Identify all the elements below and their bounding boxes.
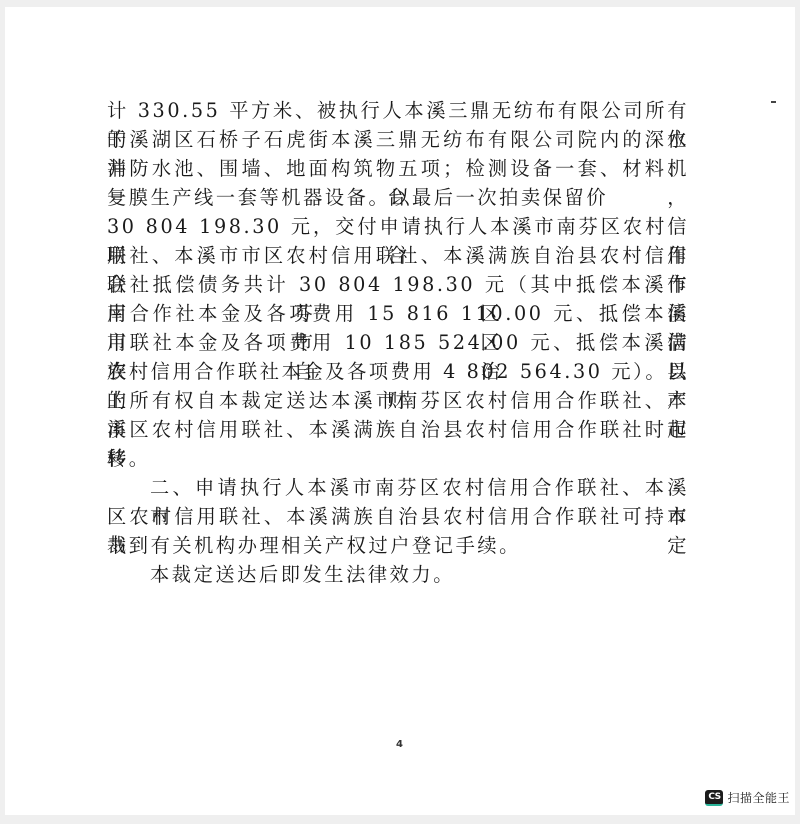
text-line: 用合作社本金及各项费用 15 816 110.00 元、抵偿本溪市市区信: [107, 299, 689, 328]
document-page: 计 330.55 平方米、被执行人本溪三鼎无纺布有限公司所有的位 于溪湖区石桥子…: [5, 7, 795, 815]
document-body: 计 330.55 平方米、被执行人本溪三鼎无纺布有限公司所有的位 于溪湖区石桥子…: [107, 96, 689, 589]
text-line: 移。: [107, 444, 689, 473]
text-line: 农村信用合作联社本金及各项费用 4 802 564.30 元）。以上财产: [107, 357, 689, 386]
text-line: 于溪湖区石桥子石虎街本溪三鼎无纺布有限公司院内的深水井、: [107, 125, 689, 154]
text-line: 消防水池、围墙、地面构筑物五项；检测设备一套、材料机一台，: [107, 154, 689, 183]
text-line: 30 804 198.30 元，交付申请执行人本溪市南芬区农村信用合作: [107, 212, 689, 241]
text-line: 用联社本金及各项费用 10 185 524.00 元、抵偿本溪满族自治县: [107, 328, 689, 357]
text-line: 联社、本溪市市区农村信用联社、本溪满族自治县农村信用合作: [107, 241, 689, 270]
text-line: 联社抵偿债务共计 30 804 198.30 元（其中抵偿本溪市南芬区信: [107, 270, 689, 299]
text-line: 复膜生产线一套等机器设备。以最后一次拍卖保留价: [107, 183, 689, 212]
text-line: 的所有权自本裁定送达本溪市南芬区农村信用合作联社、本溪市: [107, 386, 689, 415]
camscanner-logo-icon: CS: [705, 790, 723, 806]
scan-mark: [771, 101, 776, 103]
watermark-label: 扫描全能王: [727, 789, 790, 806]
closing-statement: 本裁定送达后即发生法律效力。: [107, 560, 689, 589]
paragraph-two-start: 二、申请执行人本溪市南芬区农村信用合作联社、本溪市市: [107, 473, 689, 502]
page-number: 4: [396, 739, 403, 750]
text-line: 区农村信用联社、本溪满族自治县农村信用合作联社可持本裁定: [107, 502, 689, 531]
camscanner-watermark: CS 扫描全能王: [705, 789, 790, 806]
text-line: 计 330.55 平方米、被执行人本溪三鼎无纺布有限公司所有的位: [107, 96, 689, 125]
text-line: 市区农村信用联社、本溪满族自治县农村信用合作联社时起转: [107, 415, 689, 444]
